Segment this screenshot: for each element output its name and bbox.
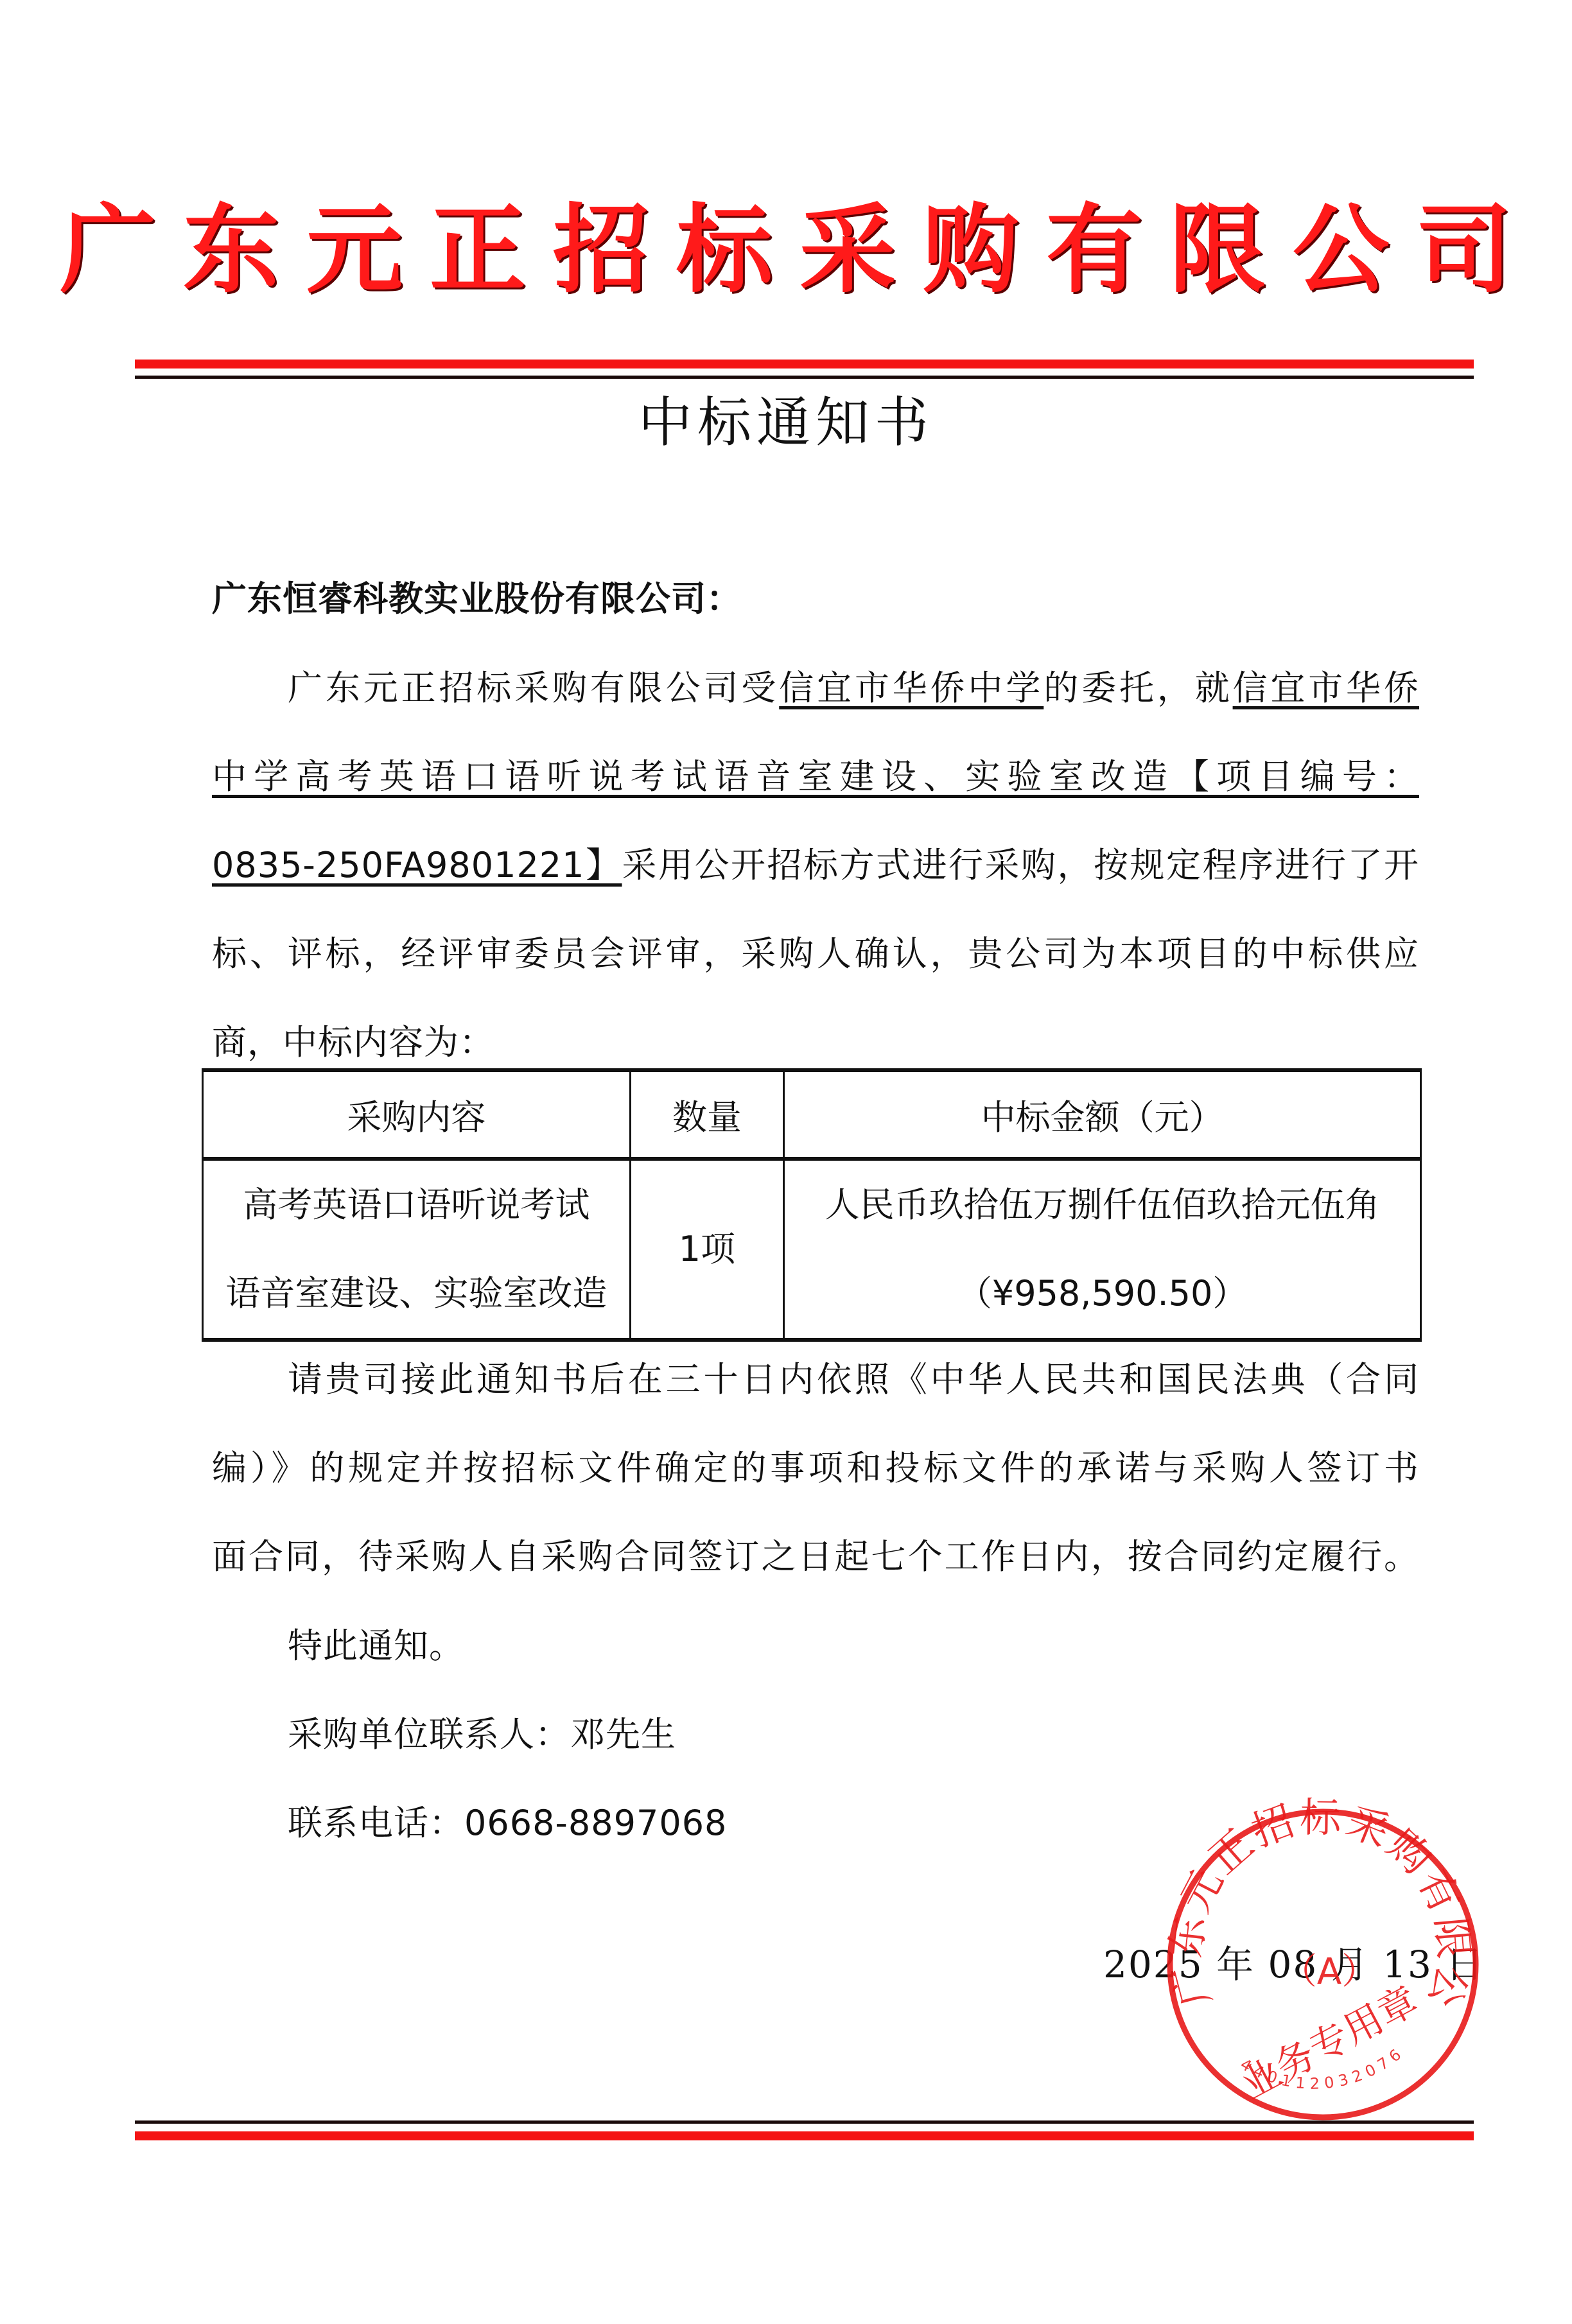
- letterhead-black-rule: [135, 376, 1474, 379]
- notice-paragraph-1: 广东元正招标采购有限公司受信宜市华侨中学的委托，就信宜市华侨 中学高考英语口语听…: [212, 644, 1419, 1087]
- paragraph-line: 0835-250FA9801221】采用公开招标方式进行采购，按规定程序进行了开: [212, 821, 1419, 910]
- letterhead-company-name: 广东元正招标采购有限公司: [0, 193, 1572, 308]
- notice-paragraph-2: 请贵司接此通知书后在三十日内依照《中华人民共和国民法典（合同 编）》的规定并按招…: [212, 1335, 1419, 1601]
- project-code: 0835-250FA9801221】: [212, 845, 622, 885]
- award-table: 采购内容 数量 中标金额（元） 高考英语口语听说考试 语音室建设、实验室改造 1…: [202, 1068, 1422, 1342]
- paragraph-line: 面合同，待采购人自采购合同签订之日起七个工作日内，按合同约定履行。: [212, 1513, 1419, 1601]
- closing-statement: 特此通知。: [288, 1602, 464, 1690]
- footer-black-rule: [135, 2120, 1474, 2124]
- stamp-center-text: （A）: [1281, 1951, 1377, 1993]
- paragraph-line: 广东元正招标采购有限公司受信宜市华侨中学的委托，就信宜市华侨: [212, 644, 1419, 733]
- header-quantity: 数量: [630, 1070, 784, 1159]
- paragraph-line: 中学高考英语口语听说考试语音室建设、实验室改造【项目编号：: [212, 733, 1419, 821]
- company-seal-stamp-icon: 广东元正招标采购有限公司 （A） 业务专用章 440112032076: [1156, 1798, 1490, 2131]
- purchaser-name: 信宜市华侨中学: [779, 668, 1044, 708]
- paragraph-line: 标、评标，经评审委员会评审，采购人确认，贵公司为本项目的中标供应: [212, 910, 1419, 998]
- header-procurement-content: 采购内容: [203, 1070, 631, 1159]
- contact-person: 采购单位联系人：邓先生: [288, 1690, 676, 1779]
- contact-phone: 联系电话：0668-8897068: [288, 1779, 727, 1868]
- cell-quantity: 1项: [630, 1159, 784, 1340]
- amount-in-words: 人民币玖拾伍万捌仟伍佰玖拾元伍角: [791, 1161, 1413, 1249]
- footer-red-rule: [135, 2131, 1474, 2140]
- table-row: 高考英语口语听说考试 语音室建设、实验室改造 1项 人民币玖拾伍万捌仟伍佰玖拾元…: [203, 1159, 1421, 1340]
- recipient-greeting: 广东恒睿科教实业股份有限公司：: [212, 555, 742, 643]
- project-name: 信宜市华侨: [1233, 668, 1419, 708]
- document-title: 中标通知书: [0, 384, 1572, 461]
- cell-procurement-content: 高考英语口语听说考试 语音室建设、实验室改造: [203, 1159, 631, 1340]
- paragraph-line: 请贵司接此通知书后在三十日内依照《中华人民共和国民法典（合同: [212, 1335, 1419, 1424]
- paragraph-line: 编）》的规定并按招标文件确定的事项和投标文件的承诺与采购人签订书: [212, 1424, 1419, 1513]
- header-award-amount: 中标金额（元）: [784, 1070, 1421, 1159]
- cell-award-amount: 人民币玖拾伍万捌仟伍佰玖拾元伍角 （¥958,590.50）: [784, 1159, 1421, 1340]
- project-name-continued: 中学高考英语口语听说考试语音室建设、实验室改造【项目编号：: [212, 756, 1419, 797]
- letterhead-red-rule: [135, 360, 1474, 369]
- amount-numeric: （¥958,590.50）: [791, 1249, 1413, 1338]
- award-table-header: 采购内容 数量 中标金额（元）: [203, 1070, 1421, 1159]
